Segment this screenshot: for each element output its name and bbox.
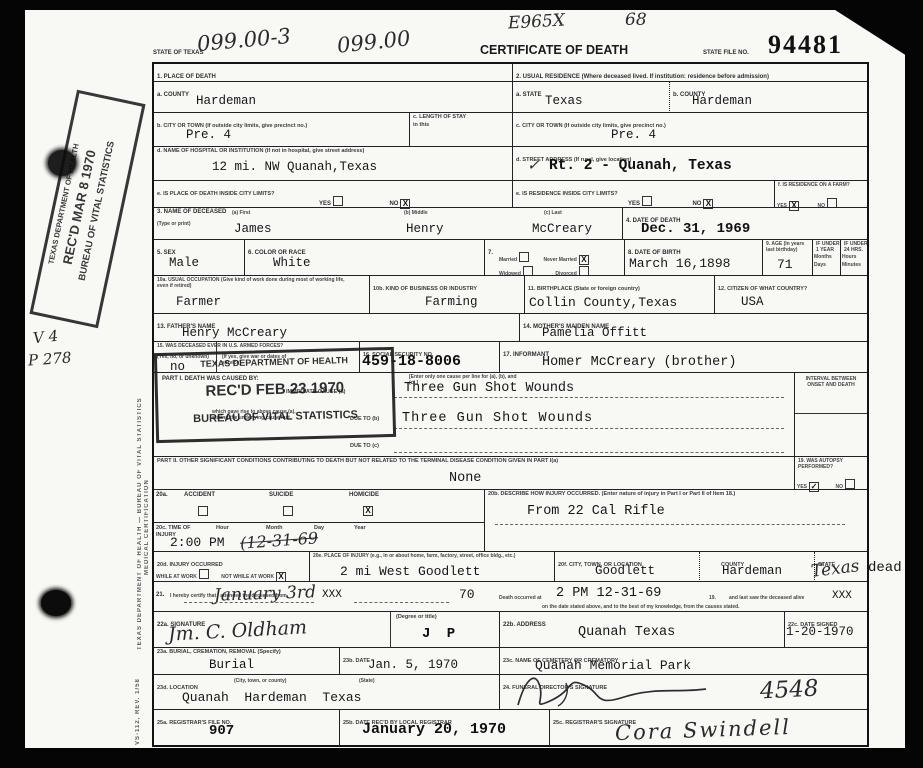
due-to-c-label: DUE TO (c): [350, 443, 379, 450]
stamp-line: TEXAS DEPARTMENT OF HEALTH: [157, 354, 391, 370]
handwritten-code-2: 099.00: [336, 26, 412, 58]
date-received-value: January 20, 1970: [362, 721, 506, 738]
residence-state-label: a. STATE: [516, 92, 541, 98]
length-of-stay-sub: in this: [413, 122, 509, 129]
checkbox-married: [519, 252, 529, 262]
row-parents: 13. FATHER'S NAME Henry McCreary 14. MOT…: [154, 313, 867, 342]
certify-text-4: on the date stated above, and to the bes…: [542, 604, 740, 610]
first-name-value: James: [234, 222, 272, 236]
interval-label: INTERVAL BETWEEN ONSET AND DEATH: [801, 376, 861, 388]
margin-dead-note: dead: [868, 560, 902, 576]
length-of-stay-label: c. LENGTH OF STAY: [413, 114, 509, 121]
row-occupation: 10a. USUAL OCCUPATION (Give kind of work…: [154, 275, 867, 314]
accident-label: ACCIDENT: [184, 492, 215, 499]
usual-occupation-value: Farmer: [176, 295, 221, 309]
certifier-address-label: 22b. ADDRESS: [503, 622, 546, 628]
funeral-director-signature-scrawl: [506, 675, 736, 709]
citizen-value: USA: [741, 295, 764, 309]
checkbox-suicide: [283, 506, 293, 516]
row-certifier-signature: 22a. SIGNATURE Jm. C. Oldham (Degree or …: [154, 611, 867, 648]
certificate-paper: TEXAS DEPARTMENT OF HEALTH REC'D MAR 8 1…: [25, 10, 905, 748]
marital-status-label: 7.: [488, 250, 493, 256]
middle-name-label: (b) Middle: [404, 210, 428, 216]
received-stamp-part1: TEXAS DEPARTMENT OF HEALTH REC'D FEB 23 …: [154, 347, 396, 443]
hospital-label: d. NAME OF HOSPITAL OR INSTITUTION (If n…: [157, 148, 407, 155]
date-of-death-value: Dec. 31, 1969: [641, 221, 750, 237]
city-town-county-sub: (City, town, or county): [234, 678, 286, 684]
while-at-work-label: WHILE AT WORK: [156, 574, 197, 580]
street-check-mark: ✓: [527, 156, 540, 174]
row-part2: PART II. OTHER SIGNIFICANT CONDITIONS CO…: [154, 456, 867, 490]
item-21-number: 21.: [156, 592, 164, 599]
checkbox-autopsy-no: [845, 479, 855, 489]
cause-b-value: Three Gun Shot Wounds: [402, 411, 593, 426]
part2-label: PART II. OTHER SIGNIFICANT CONDITIONS CO…: [157, 458, 777, 465]
death-city-label: b. CITY OR TOWN (If outside city limits,…: [157, 123, 307, 129]
date-of-birth-value: March 16,1898: [629, 256, 730, 271]
color-or-race-value: White: [273, 256, 311, 270]
birthplace-value: Collin County,Texas: [529, 295, 677, 310]
burial-location-value: Quanah Hardeman Texas: [182, 690, 361, 705]
checkbox-yes: [642, 196, 652, 206]
first-name-label: (a) First: [232, 210, 250, 216]
certifier-address-value: Quanah Texas: [578, 625, 675, 640]
checkbox-while-at-work: [199, 569, 209, 579]
row-name: 3. NAME OF DECEASED (Type or print) (a) …: [154, 207, 867, 240]
burial-date-value: Jan. 5, 1970: [368, 658, 458, 672]
date-signed-value: 1-20-1970: [786, 625, 854, 639]
handwritten-code-1: 099.00-3: [196, 24, 292, 56]
state-file-number: 94481: [768, 30, 843, 60]
certify-text-2: Death occurred at: [499, 595, 542, 601]
burial-date-label: 23b. DATE: [343, 658, 370, 664]
stamp-line: REC'D FEB 23 1970: [158, 378, 392, 401]
form-number-caption: VS-112, REV. 1/58: [135, 645, 141, 745]
cause-a-value: Three Gun Shot Wounds: [404, 381, 574, 396]
cemetery-value: Quanah Memorial Park: [535, 658, 691, 673]
registrar-signature: Cora Swindell: [615, 715, 792, 745]
state-sub: (State): [359, 678, 375, 684]
certify-year-value: 70: [459, 587, 475, 602]
usual-residence-title: 2. USUAL RESIDENCE (Where deceased lived…: [516, 74, 769, 80]
row-county: a. COUNTY Hardeman a. STATE Texas b. COU…: [154, 81, 867, 113]
ink-smudge: [48, 150, 76, 176]
injury-manner-label: 20a.: [156, 492, 168, 499]
how-injury-occurred-label: 20b. DESCRIBE HOW INJURY OCCURRED. (Ente…: [488, 491, 858, 498]
row-city: b. CITY OR TOWN (If outside city limits,…: [154, 112, 867, 147]
vertical-agency-caption: TEXAS DEPARTMENT OF HEALTH — BUREAU OF V…: [137, 90, 143, 650]
time-of-injury-value: 2:00 PM: [170, 535, 225, 550]
place-of-injury-label: 20e. PLACE OF INJURY (e.g., in or about …: [313, 553, 543, 559]
certify-time-value: 2 PM 12-31-69: [556, 586, 661, 601]
if-under-1-year-label: IF UNDER 1 YEAR: [816, 241, 842, 253]
funeral-director-number: 4548: [759, 675, 819, 704]
vertical-medical-certification-caption: MEDICAL CERTIFICATION: [144, 415, 150, 575]
birthplace-label: 11. BIRTHPLACE (State or foreign country…: [528, 286, 640, 292]
certificate-title: CERTIFICATE OF DEATH: [480, 43, 628, 57]
death-county-label: a. COUNTY: [157, 92, 189, 98]
months-label: Months: [814, 254, 832, 260]
checkbox-yes: [333, 196, 343, 206]
residence-city-value: Pre. 4: [611, 128, 656, 142]
days-label: Days: [814, 262, 826, 268]
ink-blot: [41, 590, 71, 616]
state-file-no-label: STATE FILE NO.: [703, 50, 749, 57]
certify-x1: XXX: [322, 589, 342, 601]
row-burial: 23a. BURIAL, CREMATION, REMOVAL (Specify…: [154, 647, 867, 675]
last-name-value: McCreary: [532, 222, 592, 236]
not-while-at-work-label: NOT WHILE AT WORK: [221, 574, 274, 580]
place-of-death-title: 1. PLACE OF DEATH: [157, 74, 216, 80]
row-limits: e. IS PLACE OF DEATH INSIDE CITY LIMITS?…: [154, 180, 867, 208]
certify-text-3: and last saw the deceased alive: [729, 595, 824, 601]
burial-value: Burial: [209, 658, 254, 672]
scanned-death-certificate: TEXAS DEPARTMENT OF HEALTH REC'D MAR 8 1…: [0, 0, 923, 768]
death-county-value: Hardeman: [196, 94, 256, 108]
row-hospital-street: d. NAME OF HOSPITAL OR INSTITUTION (If n…: [154, 146, 867, 181]
injury-city-value: Goodlett: [595, 564, 655, 578]
hours-label: Hours: [842, 254, 856, 260]
place-of-injury-value: 2 mi West Goodlett: [340, 564, 480, 579]
street-address-value: Rt. 2 - Quanah, Texas: [549, 158, 732, 174]
residence-farm-label: f. IS RESIDENCE ON A FARM?: [778, 182, 864, 188]
business-industry-value: Farming: [425, 295, 478, 309]
informant-value: Homer McCreary (brother): [542, 355, 736, 370]
row-injury-place: 20d. INJURY OCCURRED WHILE AT WORK NOT W…: [154, 551, 867, 582]
residence-county-value: Hardeman: [692, 94, 752, 108]
last-name-label: (c) Last: [544, 210, 562, 216]
fathers-name-value: Henry McCreary: [182, 326, 287, 340]
usual-occupation-label: 10a. USUAL OCCUPATION (Give kind of work…: [157, 277, 357, 289]
checkbox-homicide: X: [363, 506, 373, 516]
row-injury-manner: 20a. ACCIDENT SUICIDE HOMICIDE X 20c. TI…: [154, 489, 867, 552]
registrar-file-no-value: 907: [209, 723, 234, 739]
suicide-label: SUICIDE: [269, 492, 293, 499]
row-sex-race: 5. SEX Male 6. COLOR OR RACE White 7. Ma…: [154, 239, 867, 276]
death-city-value: Pre. 4: [186, 128, 231, 142]
certify-year2-label: 19.: [709, 595, 716, 601]
homicide-label: HOMICIDE: [349, 492, 379, 499]
middle-name-value: Henry: [406, 222, 444, 236]
if-under-24-hrs-label: IF UNDER 24 HRS.: [844, 241, 869, 253]
scan-corner-shadow: [832, 8, 907, 56]
residence-state-value: Texas: [545, 94, 583, 108]
how-injury-occurred-value: From 22 Cal Rifle: [527, 504, 665, 519]
time-of-injury-handwritten-date: (12-31-69: [239, 528, 318, 552]
part2-value: None: [449, 471, 481, 486]
degree-or-title-label: (Degree or title): [396, 614, 437, 621]
hospital-value: 12 mi. NW Quanah,Texas: [212, 160, 377, 174]
certifier-signature: Jm. C. Oldham: [168, 616, 308, 645]
handwritten-code-3: E965X: [508, 11, 566, 34]
checkbox-accident: [198, 506, 208, 516]
sex-value: Male: [169, 256, 199, 270]
stamp-line: BUREAU OF VITAL STATISTICS: [158, 408, 392, 426]
row-registrar: 25a. REGISTRAR'S FILE NO. 907 25b. DATE …: [154, 709, 867, 746]
type-or-print-label: (Type or print): [157, 221, 191, 227]
death-inside-limits-label: e. IS PLACE OF DEATH INSIDE CITY LIMITS?: [157, 191, 274, 197]
business-industry-label: 10b. KIND OF BUSINESS OR INDUSTRY: [373, 286, 477, 292]
minutes-label: Minutes: [842, 262, 861, 268]
hour-label: Hour: [216, 525, 229, 532]
mothers-maiden-name-value: Pamelia Offitt: [542, 326, 647, 340]
row-location-funeral-director: 23d. LOCATION (City, town, or county) (S…: [154, 674, 867, 710]
margin-note-page: P 278: [27, 349, 72, 370]
year-label: Year: [354, 525, 366, 532]
age-label: 9. AGE (In years last birthday): [766, 241, 810, 253]
injury-state-handwritten: Texas: [810, 556, 861, 582]
handwritten-code-4: 68: [625, 10, 647, 30]
degree-or-title-value: J P: [422, 626, 459, 642]
burial-label: 23a. BURIAL, CREMATION, REMOVAL (Specify…: [157, 649, 332, 656]
citizen-label: 12. CITIZEN OF WHAT COUNTRY?: [718, 286, 807, 292]
certify-x2: XXX: [832, 590, 852, 602]
row-certification-statement: 21. I hereby certify that I attended the…: [154, 581, 867, 612]
name-of-deceased-label: 3. NAME OF DECEASED: [157, 209, 227, 216]
state-of-texas-label: STATE OF TEXAS: [153, 50, 203, 57]
row-section-titles: 1. PLACE OF DEATH 2. USUAL RESIDENCE (Wh…: [154, 64, 867, 81]
age-value: 71: [777, 257, 793, 272]
autopsy-label: 19. WAS AUTOPSY PERFORMED?: [798, 458, 862, 470]
residence-inside-limits-label: e. IS RESIDENCE INSIDE CITY LIMITS?: [516, 191, 618, 197]
injury-county-value: Hardeman: [722, 564, 782, 578]
margin-note-volume: V 4: [32, 327, 59, 348]
received-stamp-left: TEXAS DEPARTMENT OF HEALTH REC'D MAR 8 1…: [29, 90, 145, 329]
